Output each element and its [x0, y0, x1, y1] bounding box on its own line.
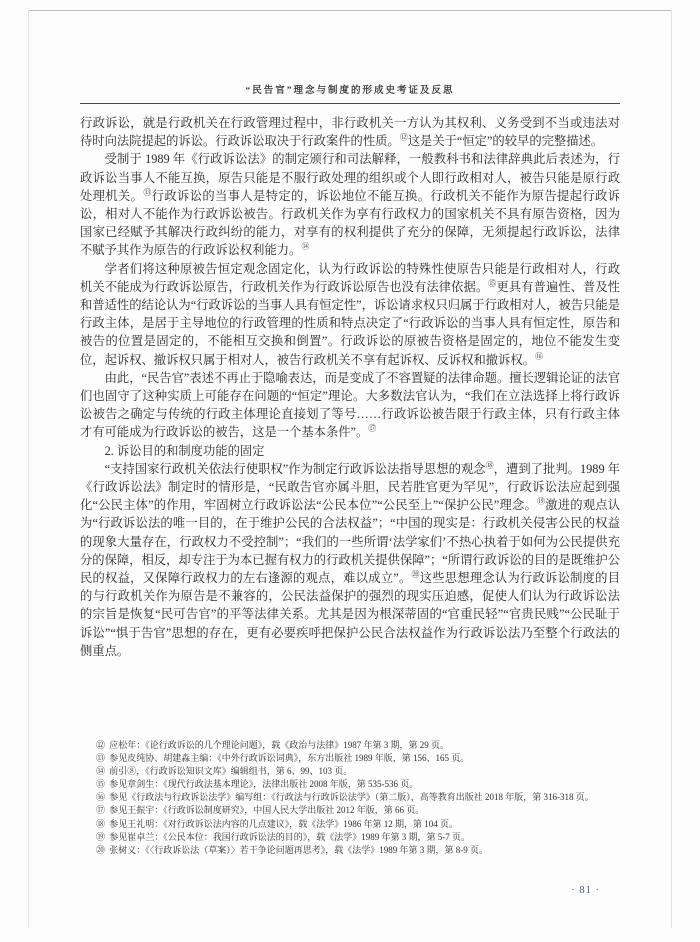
footnote-text: 参见章剑生：《现代行政法基本理论》，法律出版社 2008 年版，第 535-53… [109, 779, 418, 789]
header-title: “民告官”理念与制度的形成史考证及反思 [80, 82, 620, 96]
footnote-text: 张树义：《〈行政诉讼法（草案）〉若干争论问题再思考》，载《法学》1989 年第 … [109, 845, 488, 855]
paragraph-3: 学者们将这种原被告恒定观念固定化，认为行政诉讼的特殊性使原告只能是行政相对人，行… [80, 260, 620, 369]
footnote-text: 应松年：《论行政诉讼的几个理论问题》，载《政治与法律》1987 年第 3 期，第… [109, 740, 449, 750]
footnote-item-⑫: ⑫ 应松年：《论行政诉讼的几个理论问题》，载《政治与法律》1987 年第 3 期… [96, 739, 622, 752]
footnote-marker: ⑲ [96, 832, 109, 842]
paragraph-5: 2. 诉讼目的和制度功能的固定 [80, 442, 620, 460]
footnote-marker: ⑭ [96, 766, 109, 776]
running-header: “民告官”理念与制度的形成史考证及反思 [80, 82, 620, 104]
footnote-text: 参见崔卓兰：《公民本位：我国行政诉讼法的目的》，载《法学》1989 年第 3 期… [109, 832, 470, 842]
footnote-item-⑱: ⑱ 参见王礼明：《对行政诉讼法内容的几点建议》，载《法学》1986 年第 12 … [96, 818, 622, 831]
header-rule [80, 103, 620, 104]
scanned-paper-page: “民告官”理念与制度的形成史考证及反思 行政诉讼，就是行政机关在行政管理过程中，… [0, 0, 700, 942]
footnote-text: 参见王礼明：《对行政诉讼法内容的几点建议》，载《法学》1986 年第 12 期，… [109, 819, 458, 829]
paragraph-4: 由此，“民告官”表述不再止于隐喻表达，而是变成了不容置疑的法律命题。擅长逻辑论证… [80, 369, 620, 442]
paragraph-2: 受制于 1989 年《行政诉讼法》的制定颁行和司法解释，一般教科书和法律辞典此后… [80, 150, 620, 259]
footnote-item-⑰: ⑰ 参见王振宇：《行政诉讼制度研究》，中国人民大学出版社 2012 年版，第 6… [96, 804, 622, 817]
article-body: 行政诉讼，就是行政机关在行政管理过程中，非行政机关一方认为其权利、义务受到不当或… [80, 114, 620, 660]
footnote-marker: ⑮ [96, 779, 109, 789]
scan-edge-top [28, 10, 672, 11]
footnote-text: 参见王振宇：《行政诉讼制度研究》，中国人民大学出版社 2012 年版，第 66 … [109, 805, 424, 815]
footnote-item-⑮: ⑮ 参见章剑生：《现代行政法基本理论》，法律出版社 2008 年版，第 535-… [96, 778, 622, 791]
footnotes-section: ⑫ 应松年：《论行政诉讼的几个理论问题》，载《政治与法律》1987 年第 3 期… [96, 739, 622, 857]
footnote-marker: ⑫ [96, 740, 109, 750]
footnote-text: 参见皮纯协、胡建淼主编：《中外行政诉讼词典》，东方出版社 1989 年版，第 1… [109, 753, 469, 763]
footnote-text: 前引⑧，《行政诉讼知识文库》编辑组书，第 6、99、103 页。 [109, 766, 352, 776]
footnote-item-⑭: ⑭ 前引⑧，《行政诉讼知识文库》编辑组书，第 6、99、103 页。 [96, 765, 622, 778]
footnote-item-⑳: ⑳ 张树义：《〈行政诉讼法（草案）〉若干争论问题再思考》，载《法学》1989 年… [96, 844, 622, 857]
footnote-item-⑯: ⑯ 参见《行政法与行政诉讼法学》编写组：《行政法与行政诉讼法学》（第二版），高等… [96, 791, 622, 804]
footnote-marker: ⑱ [96, 819, 109, 829]
paragraph-1: 行政诉讼，就是行政机关在行政管理过程中，非行政机关一方认为其权利、义务受到不当或… [80, 114, 620, 150]
footnote-marker: ⑰ [96, 805, 109, 815]
scan-edge-left [28, 10, 29, 928]
footnote-marker: ⑬ [96, 753, 109, 763]
footnote-item-⑲: ⑲ 参见崔卓兰：《公民本位：我国行政诉讼法的目的》，载《法学》1989 年第 3… [96, 831, 622, 844]
scan-edge-right [671, 10, 672, 928]
footnote-item-⑬: ⑬ 参见皮纯协、胡建淼主编：《中外行政诉讼词典》，东方出版社 1989 年版，第… [96, 752, 622, 765]
page-number: · 81 · [80, 885, 600, 896]
footnote-text: 参见《行政法与行政诉讼法学》编写组：《行政法与行政诉讼法学》（第二版），高等教育… [109, 792, 594, 802]
footnote-marker: ⑳ [96, 845, 109, 855]
footnote-marker: ⑯ [96, 792, 109, 802]
paragraph-6: “支持国家行政机关依法行使职权”作为制定行政诉讼法指导思想的观念⑱，遭到了批判。… [80, 460, 620, 660]
